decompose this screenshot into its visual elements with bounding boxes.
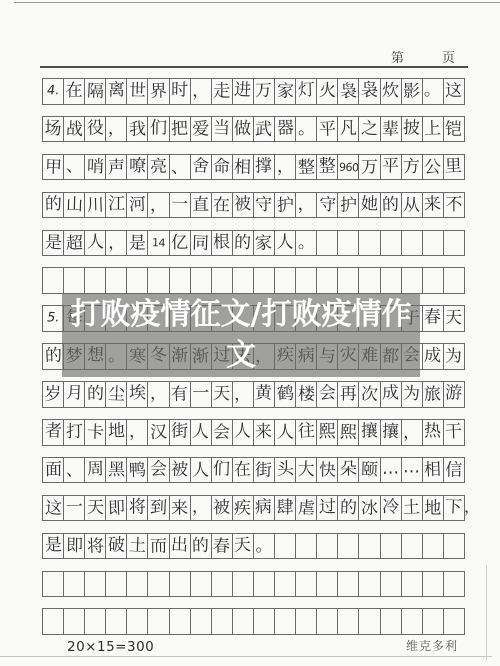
handwriting-char: 从 — [403, 193, 420, 218]
grid-cell: 在 — [232, 457, 254, 484]
grid-cell: 袅 — [358, 78, 380, 105]
grid-cell — [105, 571, 127, 598]
grid-cell: 成 — [380, 381, 402, 408]
grid-cell: 土 — [401, 495, 423, 522]
grid-row: 者打卡地，汉街人会人来人往熙熙攘攘，热干 — [42, 419, 466, 446]
grid-cell: 的 — [190, 533, 212, 560]
grid-cell: 的 — [337, 495, 359, 522]
header-rule — [40, 66, 468, 68]
grid-cell: 在 — [63, 78, 85, 105]
grid-cell: 这 — [443, 78, 465, 105]
handwriting-char: 春 — [424, 306, 441, 331]
handwriting-char: 4. — [46, 78, 59, 103]
grid-cell — [358, 230, 380, 257]
handwriting-char: 整 — [297, 155, 315, 181]
grid-cell — [42, 571, 64, 598]
grid-cell: 次 — [358, 381, 380, 408]
handwriting-char: 往 — [297, 419, 315, 445]
grid-cell — [105, 267, 127, 294]
handwriting-char: 河 — [128, 192, 146, 218]
grid-cell — [169, 608, 191, 635]
handwriting-char: 护 — [276, 193, 294, 219]
handwriting-char: 鸭 — [128, 458, 146, 484]
handwriting-char: 攘 — [361, 419, 378, 444]
grid-cell: 人 — [190, 457, 212, 484]
handwriting-char: 周 — [86, 457, 104, 482]
handwriting-char: 即 — [65, 534, 82, 559]
grid-cell: 哨 — [84, 154, 106, 181]
grid-cell: 相 — [232, 154, 254, 181]
handwriting-char: 的 — [382, 192, 400, 217]
grid-cell: 们 — [147, 116, 169, 143]
handwriting-char: 大 — [298, 458, 315, 483]
handwriting-char: 黄 — [255, 381, 273, 406]
grid-cell: 人 — [274, 419, 296, 446]
handwriting-char: 灯 — [297, 78, 315, 103]
grid-cell: ， — [105, 116, 127, 143]
grid-cell: 山 — [63, 192, 85, 219]
handwriting-char: 960 — [338, 154, 359, 180]
grid-cell: 者 — [42, 419, 64, 446]
handwriting-char: 14 — [152, 230, 166, 256]
grid-cell: 来 — [253, 419, 275, 446]
handwriting-char: 铠 — [445, 117, 462, 142]
handwriting-char: 快 — [318, 458, 336, 484]
handwriting-char: 天 — [445, 306, 463, 331]
grid-cell: 大 — [295, 457, 317, 484]
handwriting-char: 人 — [192, 458, 209, 483]
handwriting-char: 天 — [234, 533, 252, 559]
handwriting-char: 有 — [171, 382, 189, 408]
grid-cell: 4. — [42, 78, 64, 105]
grid-cell — [316, 267, 338, 294]
handwriting-char: 地 — [424, 496, 441, 521]
handwriting-char: 岁 — [45, 383, 62, 408]
grid-cell: 再 — [337, 381, 359, 408]
grid-cell: 被 — [211, 495, 233, 522]
grid-row: 的山川江河，一直在被守护，守护她的从来不 — [42, 192, 466, 219]
grid-cell: 整 — [316, 154, 338, 181]
grid-cell: 亿 — [169, 230, 191, 257]
handwriting-char: ， — [298, 192, 315, 217]
grid-cell: 的 — [380, 192, 402, 219]
grid-cell: 颐 — [358, 457, 380, 484]
handwriting-char: 熙 — [339, 420, 357, 446]
grid-cell: 被 — [232, 192, 254, 219]
grid-cell — [211, 267, 233, 294]
handwriting-char: 离 — [108, 78, 125, 103]
grid-cell: 守 — [253, 192, 275, 219]
grid-cell — [42, 608, 64, 635]
grid-cell: 平 — [316, 116, 338, 143]
grid-cell: 信 — [443, 457, 465, 484]
handwriting-char: 相 — [424, 458, 442, 484]
handwriting-char: 隔 — [86, 79, 104, 105]
grid-cell: 街 — [169, 419, 191, 446]
grid-cell: 炊 — [380, 78, 402, 105]
grid-cell — [232, 608, 254, 635]
grid-cell — [443, 230, 465, 257]
grid-cell: 被 — [169, 457, 191, 484]
handwriting-char: 人 — [276, 420, 293, 445]
handwriting-char: 土 — [403, 495, 421, 521]
grid-cell: 护 — [337, 192, 359, 219]
handwriting-char: 楼 — [297, 383, 314, 408]
grid-cell: 嘹 — [126, 154, 148, 181]
grid-cell — [253, 267, 275, 294]
grid-cell: 时 — [169, 78, 191, 105]
grid-cell: 而 — [147, 533, 169, 560]
handwriting-char: 为 — [445, 345, 463, 370]
grid-cell — [295, 608, 317, 635]
grid-cell — [422, 571, 444, 598]
handwriting-char: 地 — [107, 419, 125, 444]
grid-cell: 熙 — [316, 419, 338, 446]
handwriting-char: 根 — [213, 230, 231, 255]
grid-cell: 鹤 — [274, 381, 296, 408]
watermark-overlay: 打败疫情征文/打败疫情作 文 — [62, 293, 420, 377]
grid-cell: 一 — [63, 495, 85, 522]
grid-cell — [63, 571, 85, 598]
grid-cell: 尘 — [105, 381, 127, 408]
paper-right-edge — [486, 565, 487, 660]
grid-cell: 世 — [126, 78, 148, 105]
handwriting-char: 来 — [171, 496, 188, 521]
handwriting-char: 战 — [65, 117, 83, 143]
grid-cell: 离 — [105, 78, 127, 105]
grid-cell: 会 — [147, 457, 169, 484]
grid-cell: 场 — [42, 116, 64, 143]
handwriting-char: 为 — [403, 382, 421, 407]
grid-cell: 熙 — [337, 419, 359, 446]
handwriting-char: 不 — [445, 193, 462, 218]
grid-cell: 上 — [422, 116, 444, 143]
handwriting-char: 走 — [213, 80, 230, 105]
grid-cell: … — [401, 457, 423, 484]
grid-cell — [84, 608, 106, 635]
handwriting-char: 旅 — [424, 382, 442, 407]
grid-cell — [380, 230, 402, 257]
handwriting-char: 将 — [129, 495, 146, 520]
handwriting-char: 朵 — [340, 457, 357, 482]
handwriting-char: 将 — [86, 534, 104, 560]
handwriting-char: 是 — [44, 230, 62, 255]
grid-cell — [274, 608, 296, 635]
handwriting-char: 打 — [65, 420, 82, 445]
grid-cell — [274, 533, 296, 560]
grid-cell: 万 — [253, 78, 275, 105]
handwriting-char: 披 — [403, 116, 421, 141]
manuscript-paper-page: 第 页 4.在隔离世界时，走进万家灯火袅袅炊影。这场战役，我们把爱当做武器。平凡… — [0, 0, 500, 666]
paper-brand-label: 维克多利 — [406, 637, 458, 654]
handwriting-char: 同 — [192, 231, 210, 256]
grid-cell: 这 — [42, 495, 64, 522]
grid-cell: ， — [126, 419, 148, 446]
handwriting-char: 人 — [277, 230, 294, 255]
handwriting-char: 们 — [150, 116, 167, 141]
grid-cell: 人 — [232, 419, 254, 446]
handwriting-char: 游 — [445, 381, 462, 406]
grid-cell — [422, 267, 444, 294]
handwriting-char: 街 — [255, 458, 272, 483]
grid-cell: 战 — [63, 116, 85, 143]
grid-cell: 铠 — [443, 116, 465, 143]
handwriting-char: 当 — [213, 116, 231, 142]
handwriting-char: 颐 — [361, 458, 379, 483]
grid-cell: 黑 — [105, 457, 127, 484]
grid-cell: 春 — [422, 305, 444, 332]
handwriting-char: 守 — [255, 193, 272, 218]
handwriting-char: … — [382, 459, 399, 477]
grid-cell: 里 — [443, 154, 465, 181]
handwriting-char: 撑 — [255, 154, 273, 179]
handwriting-char: 再 — [340, 382, 357, 407]
handwriting-char: 超 — [65, 231, 83, 256]
grid-cell: 守 — [316, 192, 338, 219]
grid-cell: 过 — [316, 495, 338, 522]
grid-cell — [316, 608, 338, 635]
grid-cell: 当 — [211, 116, 233, 143]
grid-cell: 的 — [232, 230, 254, 257]
handwriting-char: 出 — [171, 533, 189, 558]
handwriting-char: 之 — [360, 117, 378, 143]
grid-cell — [147, 267, 169, 294]
grid-cell: 下 — [443, 495, 465, 522]
grid-cell — [316, 230, 338, 257]
watermark-text-line1: 打败疫情征文/打败疫情作 — [71, 294, 412, 335]
handwriting-char: 她 — [361, 192, 379, 217]
grid-cell: 整 — [295, 154, 317, 181]
handwriting-char: 街 — [171, 419, 188, 444]
grid-cell — [337, 571, 359, 598]
grid-cell: 进 — [232, 78, 254, 105]
margin-overflow-comma: ， — [464, 494, 480, 517]
page-number-suffix-label: 页 — [442, 47, 455, 66]
handwriting-char: 亮 — [149, 154, 167, 180]
handwriting-char: 。 — [255, 534, 272, 559]
grid-cell: 14 — [147, 230, 169, 257]
grid-cell: 黄 — [253, 381, 275, 408]
grid-cell: 撑 — [253, 154, 275, 181]
grid-cell — [443, 608, 465, 635]
grid-cell: 是 — [42, 230, 64, 257]
grid-cell — [274, 267, 296, 294]
grid-cell — [253, 571, 275, 598]
handwriting-char: 汉 — [150, 420, 168, 446]
handwriting-char: 冰 — [361, 496, 379, 521]
grid-cell: 楼 — [295, 381, 317, 408]
grid-cell: 凡 — [337, 116, 359, 143]
grid-cell — [401, 608, 423, 635]
handwriting-char: 里 — [445, 154, 463, 180]
grid-cell: ， — [274, 154, 296, 181]
grid-cell: 走 — [211, 78, 233, 105]
handwriting-char: 火 — [319, 79, 336, 104]
grid-cell: 会 — [211, 419, 233, 446]
grid-cell: 隔 — [84, 78, 106, 105]
handwriting-char: 破 — [108, 533, 125, 558]
handwriting-char: 平 — [318, 117, 336, 143]
grid-row: 4.在隔离世界时，走进万家灯火袅袅炊影。这 — [42, 78, 466, 105]
grid-cell: 直 — [190, 192, 212, 219]
grid-cell: 5. — [42, 305, 64, 332]
handwriting-char: 役 — [87, 116, 104, 141]
handwriting-char: 埃 — [129, 381, 147, 406]
grid-cell — [358, 608, 380, 635]
handwriting-char: 们 — [213, 457, 231, 482]
handwriting-char: 熙 — [319, 420, 336, 445]
grid-cell: 声 — [105, 154, 127, 181]
grid-cell: 鸭 — [126, 457, 148, 484]
grid-cell: 同 — [190, 230, 212, 257]
grid-cell — [401, 571, 423, 598]
grid-row: 这一天即将到来，被疾病肆虐过的冰冷土地下 — [42, 495, 466, 522]
handwriting-char: 而 — [150, 534, 167, 559]
grid-cell — [232, 571, 254, 598]
grid-cell: 平 — [380, 154, 402, 181]
handwriting-char: 面 — [44, 458, 61, 483]
grid-cell — [380, 267, 402, 294]
handwriting-char: ， — [150, 382, 167, 407]
handwriting-char: 天 — [213, 382, 231, 408]
watermark-text-line2: 文 — [226, 335, 256, 376]
grid-cell — [295, 571, 317, 598]
handwriting-char: 黑 — [108, 458, 125, 483]
handwriting-char: 命 — [213, 155, 230, 180]
handwriting-char: 一 — [65, 495, 83, 520]
grid-cell: 家 — [274, 78, 296, 105]
handwriting-char: 卡 — [86, 420, 104, 445]
grid-cell: 之 — [358, 116, 380, 143]
grid-cell: 病 — [253, 495, 275, 522]
grid-cell: 火 — [316, 78, 338, 105]
grid-cell: 天 — [232, 533, 254, 560]
handwriting-char: 肆 — [277, 496, 294, 521]
grid-cell — [380, 571, 402, 598]
handwriting-char: 哨 — [86, 155, 104, 180]
handwriting-char: 舍 — [192, 154, 210, 180]
grid-cell: 辈 — [380, 116, 402, 143]
grid-cell — [126, 571, 148, 598]
grid-cell: 、 — [169, 154, 191, 181]
grid-cell: 攘 — [380, 419, 402, 446]
grid-cell: 的 — [84, 381, 106, 408]
grid-cell: ， — [105, 230, 127, 257]
grid-cell: 打 — [63, 419, 85, 446]
handwriting-char: 攘 — [382, 420, 400, 445]
grid-cell — [380, 608, 402, 635]
grid-cell: 披 — [401, 116, 423, 143]
grid-cell: 、 — [63, 154, 85, 181]
grid-cell: 命 — [211, 154, 233, 181]
handwriting-char: 头 — [276, 457, 294, 483]
handwriting-char: 时 — [171, 78, 188, 103]
grid-cell: 役 — [84, 116, 106, 143]
handwriting-char: 天 — [87, 496, 104, 521]
handwriting-char: 干 — [445, 420, 463, 446]
handwriting-char: 影 — [403, 79, 420, 104]
grid-cell: 。 — [295, 116, 317, 143]
grid-row — [42, 571, 466, 598]
grid-cell: 根 — [211, 230, 233, 257]
handwriting-char: 在 — [234, 458, 252, 483]
handwriting-char: 直 — [192, 193, 209, 218]
grid-cell: 我 — [126, 116, 148, 143]
grid-cell: ， — [232, 381, 254, 408]
handwriting-char: 护 — [340, 193, 357, 218]
handwriting-char: 器 — [276, 116, 294, 141]
handwriting-char: 病 — [255, 495, 273, 521]
grid-cell — [169, 267, 191, 294]
handwriting-char: 川 — [86, 193, 104, 218]
grid-cell: 到 — [147, 495, 169, 522]
handwriting-char: 甲 — [44, 155, 62, 181]
grid-cell: 河 — [126, 192, 148, 219]
handwriting-char: 会 — [150, 457, 167, 482]
grid-cell: 天 — [84, 495, 106, 522]
grid-cell: 灯 — [295, 78, 317, 105]
grid-cell: 的 — [42, 343, 64, 370]
grid-cell — [316, 571, 338, 598]
grid-row: 岁月的尘埃，有一天，黄鹤楼会再次成为旅游 — [42, 381, 466, 408]
grid-cell: 做 — [232, 116, 254, 143]
grid-cell: 头 — [274, 457, 296, 484]
handwriting-char: 的 — [192, 533, 210, 558]
handwriting-char: 者 — [44, 419, 62, 445]
grid-cell: 家 — [253, 230, 275, 257]
grid-cell: 舍 — [190, 154, 212, 181]
grid-cell: 界 — [147, 78, 169, 105]
grid-cell — [274, 571, 296, 598]
grid-cell: 。 — [295, 230, 317, 257]
grid-cell: 冰 — [358, 495, 380, 522]
handwriting-char: 公 — [424, 155, 441, 180]
grid-cell: 一 — [190, 381, 212, 408]
handwriting-char: 进 — [234, 78, 252, 104]
grid-cell: 影 — [401, 78, 423, 105]
handwriting-char: ， — [150, 193, 167, 218]
handwriting-char: 家 — [255, 231, 273, 257]
grid-cell: 爱 — [190, 116, 212, 143]
handwriting-char: 、 — [65, 458, 83, 483]
grid-cell: 游 — [443, 381, 465, 408]
grid-cell: 朵 — [337, 457, 359, 484]
grid-cell: 将 — [84, 533, 106, 560]
handwriting-char: 袅 — [361, 78, 378, 103]
grid-cell: 地 — [105, 419, 127, 446]
grid-cell: 是 — [42, 533, 64, 560]
grid-cell: 天 — [211, 381, 233, 408]
grid-cell: 旅 — [422, 381, 444, 408]
grid-cell: 往 — [295, 419, 317, 446]
grid-cell — [358, 533, 380, 560]
grid-cell: 万 — [358, 154, 380, 181]
grid-cell: 地 — [422, 495, 444, 522]
grid-cell: 960 — [337, 154, 359, 181]
handwriting-char: 声 — [107, 155, 125, 180]
grid-cell: ， — [147, 192, 169, 219]
handwriting-char: 是 — [44, 533, 62, 558]
grid-row: 面、周黑鸭会被人们在街头大快朵颐……相信 — [42, 457, 466, 484]
handwriting-char: 袅 — [339, 79, 357, 105]
grid-cell: 街 — [253, 457, 275, 484]
grid-cell: 来 — [169, 495, 191, 522]
grid-cell: … — [380, 457, 402, 484]
handwriting-char: 在 — [213, 193, 231, 218]
grid-cell: 从 — [401, 192, 423, 219]
handwriting-char: 、 — [171, 155, 188, 180]
grid-cell: 亮 — [147, 154, 169, 181]
